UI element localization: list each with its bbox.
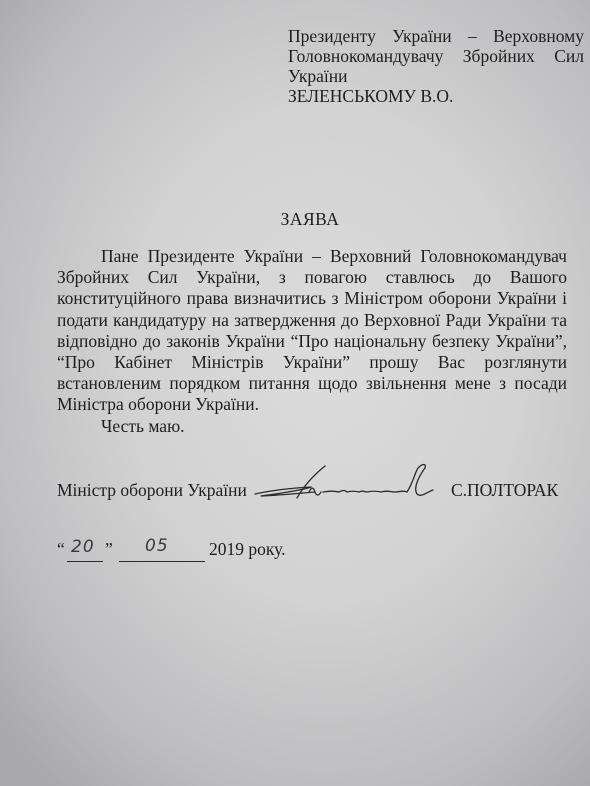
body-line: Збройних Сил України, з повагою ставлюсь… [57, 267, 567, 288]
body-line: подати кандидатуру на затвердження до Ве… [57, 310, 567, 331]
date-close-quote: ” [105, 539, 113, 560]
date-month-field: 05 [119, 535, 205, 562]
body-line: встановленим порядком питання щодо звіль… [57, 373, 567, 394]
date-year: 2019 року. [209, 539, 286, 560]
signature-block: Міністр оборони України С.ПОЛТОРАК [57, 474, 587, 514]
body-line: Міністра оборони України. [57, 394, 567, 415]
signer-position: Міністр оборони України [57, 480, 247, 501]
date-month-value: 05 [145, 536, 169, 556]
addressee-line-2: Головнокомандувачу Збройних Сил [288, 46, 584, 66]
body-line: “Про Кабінет Міністрів України” прошу Ва… [57, 352, 567, 373]
document-page: Президенту України – Верховному Головнок… [0, 0, 590, 786]
handwritten-signature-icon [253, 462, 453, 510]
addressee-block: Президенту України – Верховному Головнок… [288, 26, 584, 106]
date-open-quote: “ [57, 539, 65, 560]
date-day-value: 20 [71, 537, 95, 557]
closing-phrase: Честь маю. [101, 416, 185, 437]
addressee-line-1: Президенту України – Верховному [288, 26, 584, 46]
body-paragraph: Пане Президенте України – Верховний Голо… [57, 246, 567, 416]
body-line: конституційного права визначитись з Міні… [57, 288, 567, 309]
addressee-line-3: України [288, 66, 584, 86]
date-day-field: 20 [67, 535, 103, 562]
date-line: “ 20 ” 05 2019 року. [57, 535, 357, 565]
signer-name: С.ПОЛТОРАК [451, 480, 558, 501]
body-line: відповідно до законів України “Про націо… [57, 331, 567, 352]
addressee-name: ЗЕЛЕНСЬКОМУ В.О. [288, 86, 584, 106]
document-title: ЗАЯВА [0, 209, 590, 230]
body-line: Пане Президенте України – Верховний Голо… [57, 246, 567, 267]
